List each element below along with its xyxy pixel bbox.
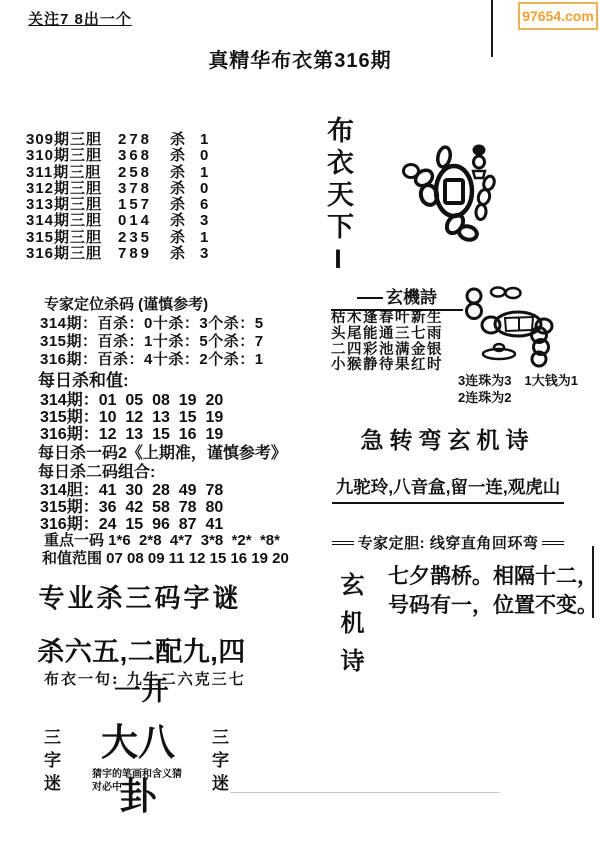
three-char-riddle-label-left: 三字迷	[38, 728, 63, 797]
couplet-line2: 号码有一，位置不变。	[388, 591, 568, 620]
kill-value: 1	[200, 132, 216, 148]
mystic-poem-title: 玄機詩	[331, 283, 463, 311]
mystic-poem: 玄機詩 枯木逢春叶新生 头尾能通三七雨 二四彩池满金银 小猴静待果红时	[331, 283, 463, 374]
history-period: 316期三胆	[26, 246, 118, 262]
history-row: 312期三胆 378 杀 0	[26, 181, 216, 197]
coin-beads-sketch	[398, 138, 510, 246]
bagua-note: 猜字的笔画和含义猜 对必中	[92, 768, 182, 794]
poem-line: 小猴静待果红时	[331, 358, 463, 374]
bagua-note-line2: 对必中	[92, 781, 182, 794]
sum-range-row: 和值范围 07 08 09 11 12 15 16 19 20	[42, 547, 289, 568]
history-period: 315期三胆	[26, 230, 118, 246]
history-period: 310期三胆	[26, 148, 118, 164]
title-leader-line	[357, 297, 383, 299]
kill-section-title: 专家定位杀码 (谨慎参考)	[44, 293, 208, 314]
history-period: 309期三胆	[26, 132, 118, 148]
history-row: 309期三胆 278 杀 1	[26, 132, 216, 148]
history-digits: 235	[118, 230, 170, 246]
kill-label: 杀	[170, 246, 200, 262]
history-period: 311期三胆	[26, 165, 118, 181]
sharp-turn-line: 九驼玲,八音盒,留一连,观虎山	[332, 474, 564, 504]
couplet-line1: 七夕鹊桥。相隔十二，	[388, 562, 568, 591]
kill-label: 杀	[170, 230, 200, 246]
kill-value: 3	[200, 246, 216, 262]
bagua-title: 大八卦	[88, 712, 188, 820]
tip-sheet-page: 关注7 8出一个 97654.com 真精华布衣第316期 309期三胆 278…	[0, 0, 600, 853]
riddle-title: 专业杀三码字谜	[30, 578, 250, 615]
riddle-sentence: 布衣一句: 九生二六克三七	[44, 668, 246, 689]
expert-fixed-text: 专家定胆: 线穿直角回环弯	[358, 532, 539, 553]
kill-value: 1	[200, 230, 216, 246]
kill-value: 3	[200, 213, 216, 229]
history-digits: 278	[118, 132, 170, 148]
history-digits: 258	[118, 165, 170, 181]
history-list: 309期三胆 278 杀 1 310期三胆 368 杀 0 311期三胆 258…	[26, 132, 216, 262]
right-edge-line	[592, 546, 594, 618]
kill-value: 1	[200, 165, 216, 181]
kill-label: 杀	[170, 132, 200, 148]
kill-label: 杀	[170, 213, 200, 229]
three-char-riddle-label-right: 三字迷	[206, 728, 231, 797]
couplet-block: 七夕鹊桥。相隔十二， 号码有一，位置不变。	[388, 562, 568, 620]
poem-line: 头尾能通三七雨	[331, 327, 463, 343]
site-watermark[interactable]: 97654.com	[518, 2, 598, 30]
focus-note: 关注7 8出一个	[28, 8, 132, 29]
double-dash-left	[332, 541, 354, 545]
pearls-ingot-sketch	[455, 283, 570, 368]
history-row: 311期三胆 258 杀 1	[26, 165, 216, 181]
kill-label: 杀	[170, 165, 200, 181]
history-digits: 157	[118, 197, 170, 213]
kill-value: 6	[200, 197, 216, 213]
bead-caption-2: 2连珠为2	[458, 387, 511, 406]
expert-fixed-line: 专家定胆: 线穿直角回环弯	[318, 532, 578, 553]
bagua-note-line1: 猜字的笔画和含义猜	[92, 768, 182, 781]
history-period: 314期三胆	[26, 213, 118, 229]
poem-line: 枯木逢春叶新生	[331, 311, 463, 327]
site-link-label[interactable]: 97654.com	[522, 8, 594, 24]
sharp-turn-title: 急转弯玄机诗	[330, 422, 565, 455]
mystic-poem-vertical-label: 玄机诗	[334, 572, 364, 686]
brand-vertical-title: 布衣天下I	[322, 116, 354, 279]
history-digits: 368	[118, 148, 170, 164]
kill-value: 0	[200, 181, 216, 197]
history-row: 315期三胆 235 杀 1	[26, 230, 216, 246]
history-row: 310期三胆 368 杀 0	[26, 148, 216, 164]
page-title: 真精华布衣第316期	[0, 44, 600, 73]
history-row: 314期三胆 014 杀 3	[26, 213, 216, 229]
history-row: 316期三胆 789 杀 3	[26, 246, 216, 262]
history-digits: 789	[118, 246, 170, 262]
mystic-poem-title-text: 玄機詩	[386, 288, 437, 307]
history-period: 312期三胆	[26, 181, 118, 197]
double-dash-right	[542, 541, 564, 545]
history-digits: 378	[118, 181, 170, 197]
kill-value: 0	[200, 148, 216, 164]
history-digits: 014	[118, 213, 170, 229]
kill-label: 杀	[170, 181, 200, 197]
bottom-faint-line	[230, 792, 500, 793]
kill-label: 杀	[170, 148, 200, 164]
